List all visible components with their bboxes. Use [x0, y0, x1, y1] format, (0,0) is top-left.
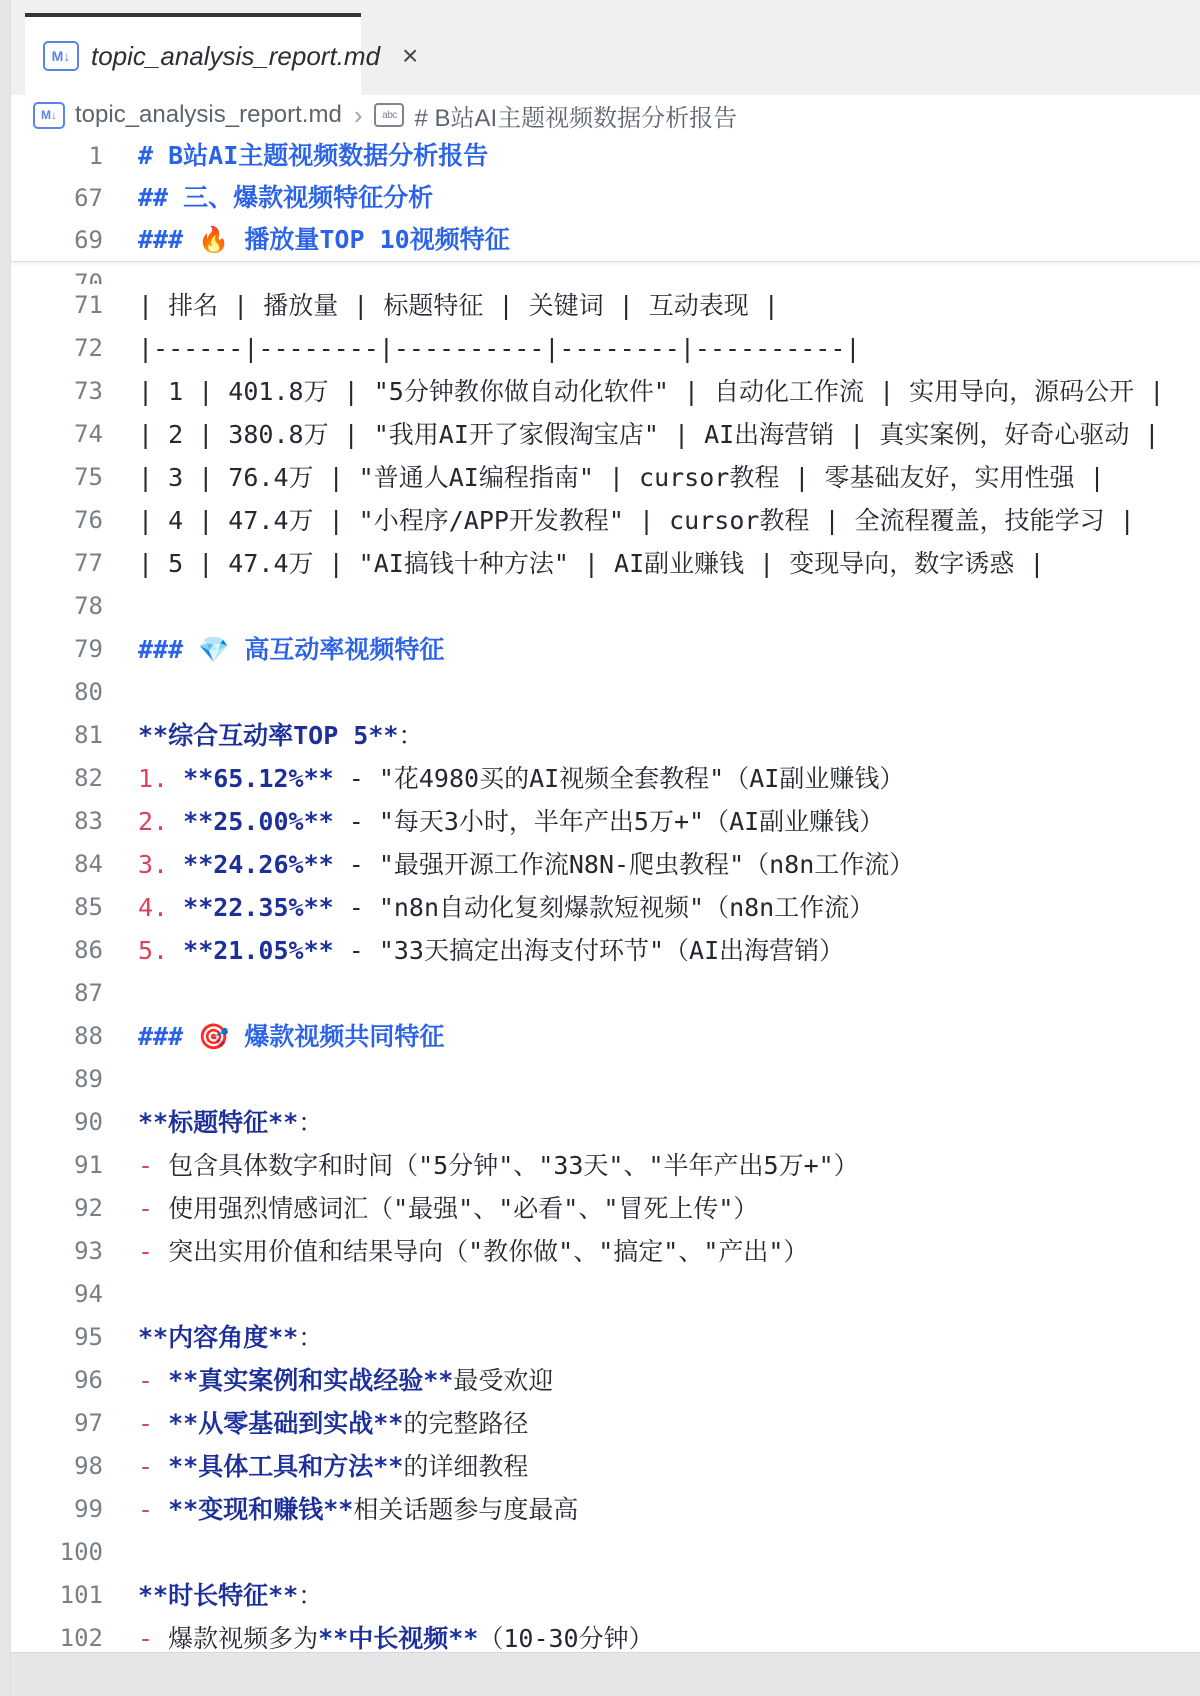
line-content[interactable]: - 包含具体数字和时间（"5分钟"、"33天"、"半年产出5万+"）	[103, 1144, 1200, 1187]
code-line-99[interactable]: 99- **变现和赚钱**相关话题参与度最高	[11, 1488, 1200, 1531]
line-content[interactable]: 2. **25.00%** - "每天3小时，半年产出5万+"（AI副业赚钱）	[103, 800, 1200, 843]
line-content[interactable]	[103, 585, 1200, 628]
code-line-90[interactable]: 90**标题特征**：	[11, 1101, 1200, 1144]
code-line-87[interactable]: 87	[11, 972, 1200, 1015]
line-number: 74	[11, 413, 103, 456]
line-number: 85	[11, 886, 103, 929]
line-number: 94	[11, 1273, 103, 1316]
code-line-96[interactable]: 96- **真实案例和实战经验**最受欢迎	[11, 1359, 1200, 1402]
line-content[interactable]: - **从零基础到实战**的完整路径	[103, 1402, 1200, 1445]
line-content[interactable]	[103, 1531, 1200, 1574]
line-content[interactable]: - **具体工具和方法**的详细教程	[103, 1445, 1200, 1488]
line-content[interactable]: | 1 | 401.8万 | "5分钟教你做自动化软件" | 自动化工作流 | …	[103, 370, 1200, 413]
line-number: 73	[11, 370, 103, 413]
line-number: 80	[11, 671, 103, 714]
line-number: 1	[11, 135, 103, 177]
line-number: 92	[11, 1187, 103, 1230]
code-line-81[interactable]: 81**综合互动率TOP 5**：	[11, 714, 1200, 757]
line-content[interactable]: - 使用强烈情感词汇（"最强"、"必看"、"冒死上传"）	[103, 1187, 1200, 1230]
code-line-101[interactable]: 101**时长特征**：	[11, 1574, 1200, 1617]
line-number: 95	[11, 1316, 103, 1359]
sticky-scroll: 1# B站AI主题视频数据分析报告67## 三、爆款视频特征分析69### 🔥 …	[11, 135, 1200, 262]
line-number: 91	[11, 1144, 103, 1187]
tab-bar: M↓ topic_analysis_report.md ×	[11, 0, 1200, 95]
code-line-86[interactable]: 865. **21.05%** - "33天搞定出海支付环节"（AI出海营销）	[11, 929, 1200, 972]
breadcrumb-file[interactable]: topic_analysis_report.md	[75, 101, 342, 129]
line-content[interactable]: | 5 | 47.4万 | "AI搞钱十种方法" | AI副业赚钱 | 变现导向…	[103, 542, 1200, 585]
line-number: 81	[11, 714, 103, 757]
line-content[interactable]: | 2 | 380.8万 | "我用AI开了家假淘宝店" | AI出海营销 | …	[103, 413, 1200, 456]
tab-topic-analysis-report[interactable]: M↓ topic_analysis_report.md ×	[25, 13, 361, 95]
code-line-84[interactable]: 843. **24.26%** - "最强开源工作流N8N-爬虫教程"（n8n工…	[11, 843, 1200, 886]
line-number: 102	[11, 1617, 103, 1652]
line-content[interactable]	[103, 1058, 1200, 1101]
line-content[interactable]: 1. **65.12%** - "花4980买的AI视频全套教程"（AI副业赚钱…	[103, 757, 1200, 800]
line-number: 79	[11, 628, 103, 671]
code-line-97[interactable]: 97- **从零基础到实战**的完整路径	[11, 1402, 1200, 1445]
line-number: 67	[11, 177, 103, 219]
line-number: 69	[11, 219, 103, 261]
code-line-91[interactable]: 91- 包含具体数字和时间（"5分钟"、"33天"、"半年产出5万+"）	[11, 1144, 1200, 1187]
line-content[interactable]: **综合互动率TOP 5**：	[103, 714, 1200, 757]
tab-filename: topic_analysis_report.md	[91, 41, 380, 72]
line-content[interactable]	[103, 1273, 1200, 1316]
line-content[interactable]: - **真实案例和实战经验**最受欢迎	[103, 1359, 1200, 1402]
line-number: 83	[11, 800, 103, 843]
line-content[interactable]: | 3 | 76.4万 | "普通人AI编程指南" | cursor教程 | 零…	[103, 456, 1200, 499]
code-line-78[interactable]: 78	[11, 585, 1200, 628]
code-line-69[interactable]: 69### 🔥 播放量TOP 10视频特征	[11, 219, 1200, 261]
code-line-71[interactable]: 71| 排名 | 播放量 | 标题特征 | 关键词 | 互动表现 |	[11, 284, 1200, 327]
line-number: 88	[11, 1015, 103, 1058]
window-bottom-edge	[0, 1652, 1200, 1696]
code-line-95[interactable]: 95**内容角度**：	[11, 1316, 1200, 1359]
line-content[interactable]: - 突出实用价值和结果导向（"教你做"、"搞定"、"产出"）	[103, 1230, 1200, 1273]
line-content[interactable]: - **变现和赚钱**相关话题参与度最高	[103, 1488, 1200, 1531]
line-content[interactable]: 3. **24.26%** - "最强开源工作流N8N-爬虫教程"（n8n工作流…	[103, 843, 1200, 886]
line-number: 93	[11, 1230, 103, 1273]
line-content[interactable]: |------|--------|----------|--------|---…	[103, 327, 1200, 370]
line-number: 97	[11, 1402, 103, 1445]
line-content[interactable]: ### 💎 高互动率视频特征	[103, 628, 1200, 671]
code-line-85[interactable]: 854. **22.35%** - "n8n自动化复刻爆款短视频"（n8n工作流…	[11, 886, 1200, 929]
line-content[interactable]: ### 🔥 播放量TOP 10视频特征	[103, 219, 1200, 261]
markdown-file-icon: M↓	[43, 41, 79, 71]
line-number: 90	[11, 1101, 103, 1144]
line-content[interactable]: - 爆款视频多为**中长视频**（10-30分钟）	[103, 1617, 1200, 1652]
code-line-77[interactable]: 77| 5 | 47.4万 | "AI搞钱十种方法" | AI副业赚钱 | 变现…	[11, 542, 1200, 585]
line-number: 87	[11, 972, 103, 1015]
code-line-67[interactable]: 67## 三、爆款视频特征分析	[11, 177, 1200, 219]
line-number: 77	[11, 542, 103, 585]
line-content[interactable]: **标题特征**：	[103, 1101, 1200, 1144]
line-content[interactable]: 5. **21.05%** - "33天搞定出海支付环节"（AI出海营销）	[103, 929, 1200, 972]
code-line-92[interactable]: 92- 使用强烈情感词汇（"最强"、"必看"、"冒死上传"）	[11, 1187, 1200, 1230]
code-line-89[interactable]: 89	[11, 1058, 1200, 1101]
breadcrumb-symbol-heading[interactable]: # B站AI主题视频数据分析报告	[414, 98, 737, 133]
line-number: 72	[11, 327, 103, 370]
line-content	[103, 262, 1200, 284]
line-number: 84	[11, 843, 103, 886]
code-line-83[interactable]: 832. **25.00%** - "每天3小时，半年产出5万+"（AI副业赚钱…	[11, 800, 1200, 843]
line-content[interactable]: 4. **22.35%** - "n8n自动化复刻爆款短视频"（n8n工作流）	[103, 886, 1200, 929]
line-number: 98	[11, 1445, 103, 1488]
line-content[interactable]	[103, 972, 1200, 1015]
line-content[interactable]: # B站AI主题视频数据分析报告	[103, 135, 1200, 177]
line-content[interactable]	[103, 671, 1200, 714]
symbol-string-icon: abc	[374, 103, 404, 127]
line-number: 70	[11, 262, 103, 284]
code-line-98[interactable]: 98- **具体工具和方法**的详细教程	[11, 1445, 1200, 1488]
line-number: 89	[11, 1058, 103, 1101]
code-line-79[interactable]: 79### 💎 高互动率视频特征	[11, 628, 1200, 671]
code-line-76[interactable]: 76| 4 | 47.4万 | "小程序/APP开发教程" | cursor教程…	[11, 499, 1200, 542]
line-content[interactable]: ### 🎯 爆款视频共同特征	[103, 1015, 1200, 1058]
line-number: 75	[11, 456, 103, 499]
line-number: 96	[11, 1359, 103, 1402]
code-line-100[interactable]: 100	[11, 1531, 1200, 1574]
code-line-74[interactable]: 74| 2 | 380.8万 | "我用AI开了家假淘宝店" | AI出海营销 …	[11, 413, 1200, 456]
code-line-80[interactable]: 80	[11, 671, 1200, 714]
line-content[interactable]: ## 三、爆款视频特征分析	[103, 177, 1200, 219]
code-line-93[interactable]: 93- 突出实用价值和结果导向（"教你做"、"搞定"、"产出"）	[11, 1230, 1200, 1273]
line-number: 100	[11, 1531, 103, 1574]
line-number: 86	[11, 929, 103, 972]
line-content[interactable]: **内容角度**：	[103, 1316, 1200, 1359]
line-number: 78	[11, 585, 103, 628]
markdown-file-icon: M↓	[33, 102, 65, 129]
code-line-1[interactable]: 1# B站AI主题视频数据分析报告	[11, 135, 1200, 177]
code-line-73[interactable]: 73| 1 | 401.8万 | "5分钟教你做自动化软件" | 自动化工作流 …	[11, 370, 1200, 413]
line-number: 99	[11, 1488, 103, 1531]
code-line-94[interactable]: 94	[11, 1273, 1200, 1316]
tab-close-icon[interactable]: ×	[402, 42, 418, 70]
code-lines: 71| 排名 | 播放量 | 标题特征 | 关键词 | 互动表现 |72|---…	[11, 284, 1200, 1652]
code-line-75[interactable]: 75| 3 | 76.4万 | "普通人AI编程指南" | cursor教程 |…	[11, 456, 1200, 499]
code-line-82[interactable]: 821. **65.12%** - "花4980买的AI视频全套教程"（AI副业…	[11, 757, 1200, 800]
line-number: 82	[11, 757, 103, 800]
line-content[interactable]: **时长特征**：	[103, 1574, 1200, 1617]
line-number: 71	[11, 284, 103, 327]
partially-scrolled-line: 70	[11, 262, 1200, 284]
code-line-88[interactable]: 88### 🎯 爆款视频共同特征	[11, 1015, 1200, 1058]
vscode-window: { "colors": { "heading": "#2a62e9", "bol…	[0, 0, 1200, 1696]
chevron-right-icon: ›	[352, 100, 365, 131]
breadcrumb: M↓ topic_analysis_report.md › abc # B站AI…	[11, 95, 1200, 135]
code-line-102[interactable]: 102- 爆款视频多为**中长视频**（10-30分钟）	[11, 1617, 1200, 1652]
line-content[interactable]: | 4 | 47.4万 | "小程序/APP开发教程" | cursor教程 |…	[103, 499, 1200, 542]
editor[interactable]: 1# B站AI主题视频数据分析报告67## 三、爆款视频特征分析69### 🔥 …	[11, 135, 1200, 1652]
editor-group: M↓ topic_analysis_report.md × M↓ topic_a…	[11, 0, 1200, 1652]
line-number: 101	[11, 1574, 103, 1617]
line-number: 76	[11, 499, 103, 542]
line-content[interactable]: | 排名 | 播放量 | 标题特征 | 关键词 | 互动表现 |	[103, 284, 1200, 327]
code-line-70: 70	[11, 262, 1200, 284]
code-line-72[interactable]: 72|------|--------|----------|--------|-…	[11, 327, 1200, 370]
window-left-edge	[0, 0, 11, 1696]
